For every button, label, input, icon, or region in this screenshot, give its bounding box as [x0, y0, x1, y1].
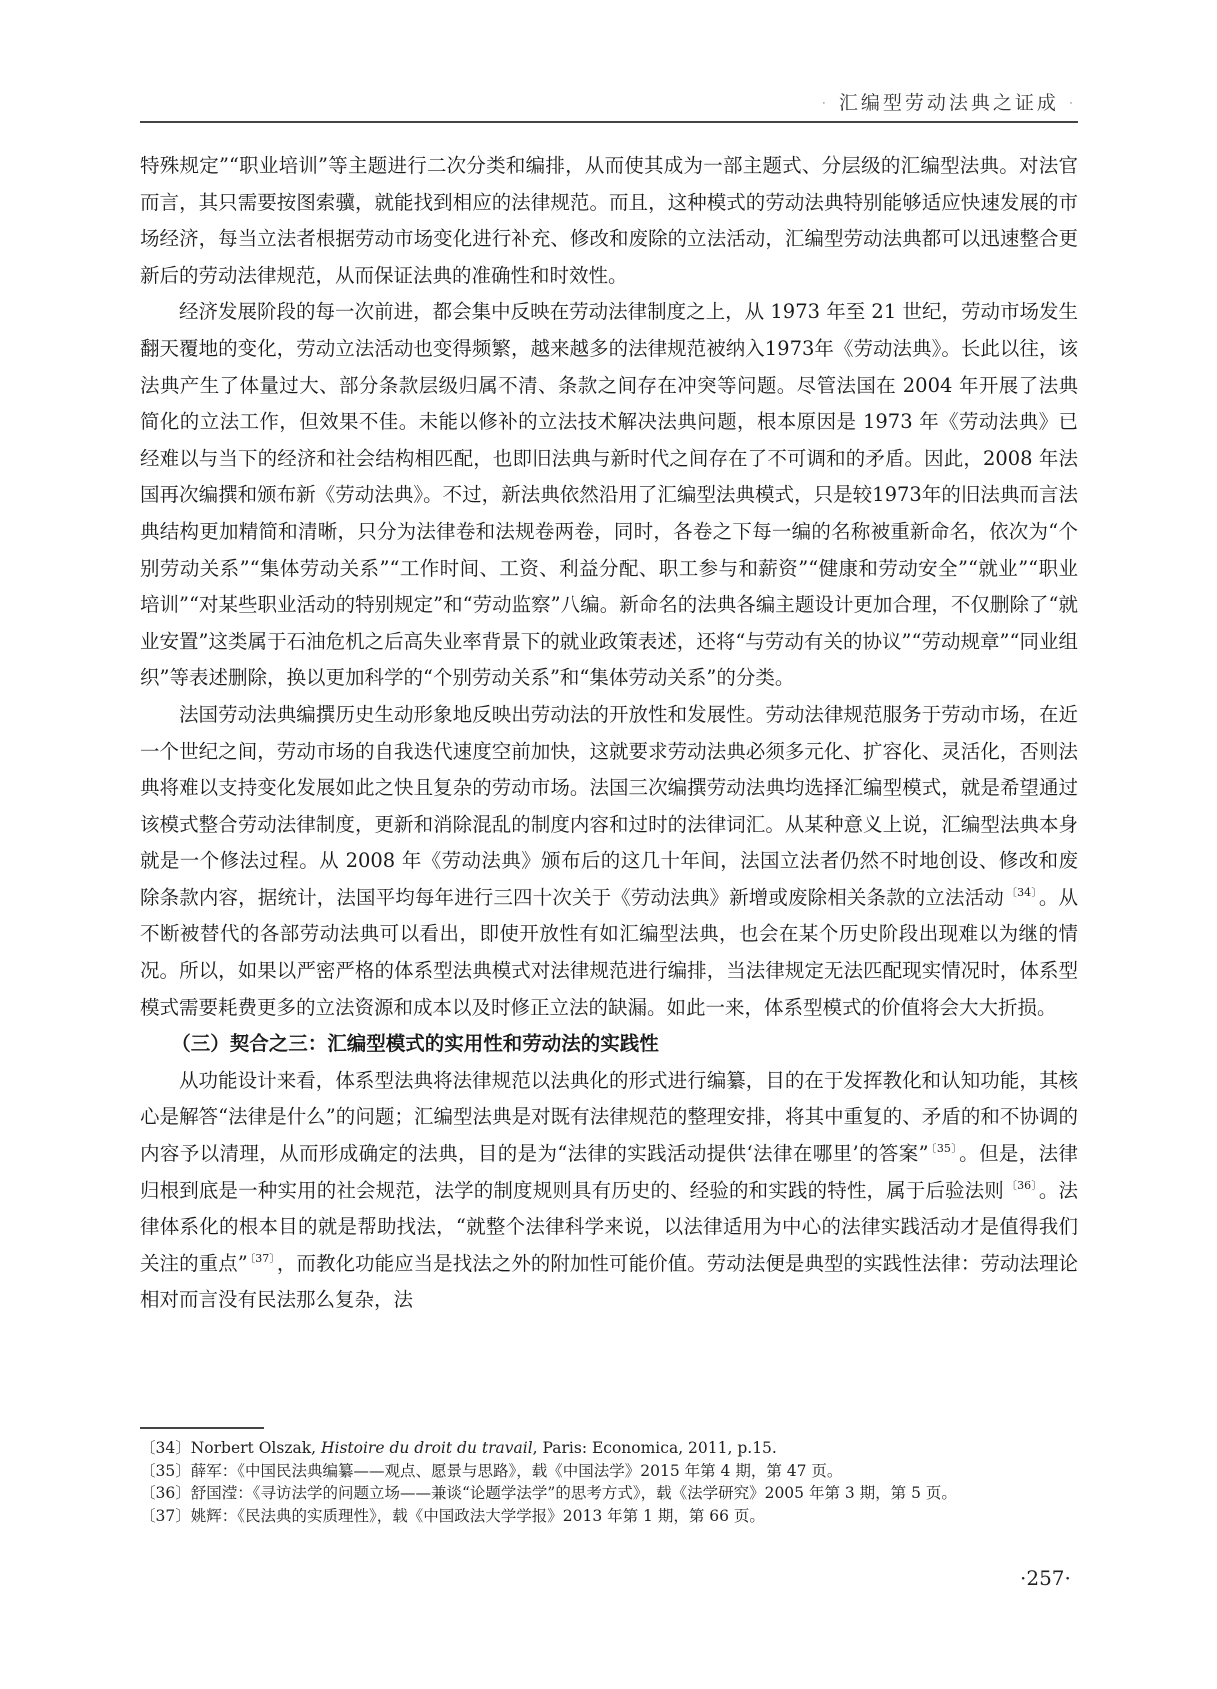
footnote-number: 〔34〕: [140, 1439, 191, 1457]
footnote-rule: [140, 1427, 264, 1429]
footnote-number: 〔37〕: [140, 1507, 191, 1525]
paragraph-4: 从功能设计来看，体系型法典将法律规范以法典化的形式进行编纂，目的在于发挥教化和认…: [140, 1063, 1078, 1319]
footnote-ref-34[interactable]: 〔34〕: [1006, 886, 1037, 899]
footnote-34: 〔34〕Norbert Olszak, Histoire du droit du…: [140, 1437, 1100, 1460]
paragraph-4-text-d: ，而教化功能应当是找法之外的附加性可能价值。劳动法便是典型的实践性法律：劳动法理…: [140, 1252, 1078, 1312]
paragraph-3-text-a: 法国劳动法典编撰历史生动形象地反映出劳动法的开放性和发展性。劳动法律规范服务于劳…: [140, 703, 1078, 909]
footnote-number: 〔36〕: [140, 1484, 191, 1502]
article-body: 特殊规定”“职业培训”等主题进行二次分类和编排，从而使其成为一部主题式、分层级的…: [140, 148, 1078, 1319]
footnote-37: 〔37〕姚辉：《民法典的实质理性》，载《中国政法大学学报》2013 年第 1 期…: [140, 1505, 1100, 1528]
footnote-ref-35[interactable]: 〔35〕: [931, 1142, 958, 1155]
page-number: ·257·: [1020, 1566, 1071, 1590]
footnote-text-tail: , Paris: Economica, 2011, p.15.: [533, 1439, 777, 1457]
section-heading: （三）契合之三：汇编型模式的实用性和劳动法的实践性: [140, 1026, 1078, 1063]
footnote-36: 〔36〕舒国滢：《寻访法学的问题立场——兼谈“论题学法学”的思考方式》，载《法学…: [140, 1482, 1100, 1505]
footnote-number: 〔35〕: [140, 1462, 191, 1480]
footnote-text: 薛军：《中国民法典编纂——观点、愿景与思路》，载《中国法学》2015 年第 4 …: [191, 1462, 843, 1480]
footnotes: 〔34〕Norbert Olszak, Histoire du droit du…: [140, 1437, 1100, 1527]
footnote-text: Norbert Olszak,: [191, 1439, 321, 1457]
paragraph-1: 特殊规定”“职业培训”等主题进行二次分类和编排，从而使其成为一部主题式、分层级的…: [140, 148, 1078, 294]
footnote-text: 姚辉：《民法典的实质理性》，载《中国政法大学学报》2013 年第 1 期，第 6…: [191, 1507, 765, 1525]
footnote-ref-37[interactable]: 〔37〕: [250, 1252, 275, 1265]
paragraph-2: 经济发展阶段的每一次前进，都会集中反映在劳动法律制度之上，从 1973 年至 2…: [140, 294, 1078, 697]
footnote-book-title: Histoire du droit du travail: [321, 1439, 533, 1457]
paragraph-3: 法国劳动法典编撰历史生动形象地反映出劳动法的开放性和发展性。劳动法律规范服务于劳…: [140, 697, 1078, 1026]
running-header-title: · 汇编型劳动法典之证成 ·: [821, 88, 1077, 115]
footnote-35: 〔35〕薛军：《中国民法典编纂——观点、愿景与思路》，载《中国法学》2015 年…: [140, 1460, 1100, 1483]
header-rule: [140, 121, 1078, 123]
footnote-ref-36[interactable]: 〔36〕: [1006, 1179, 1037, 1192]
footnote-text: 舒国滢：《寻访法学的问题立场——兼谈“论题学法学”的思考方式》，载《法学研究》2…: [191, 1484, 957, 1502]
